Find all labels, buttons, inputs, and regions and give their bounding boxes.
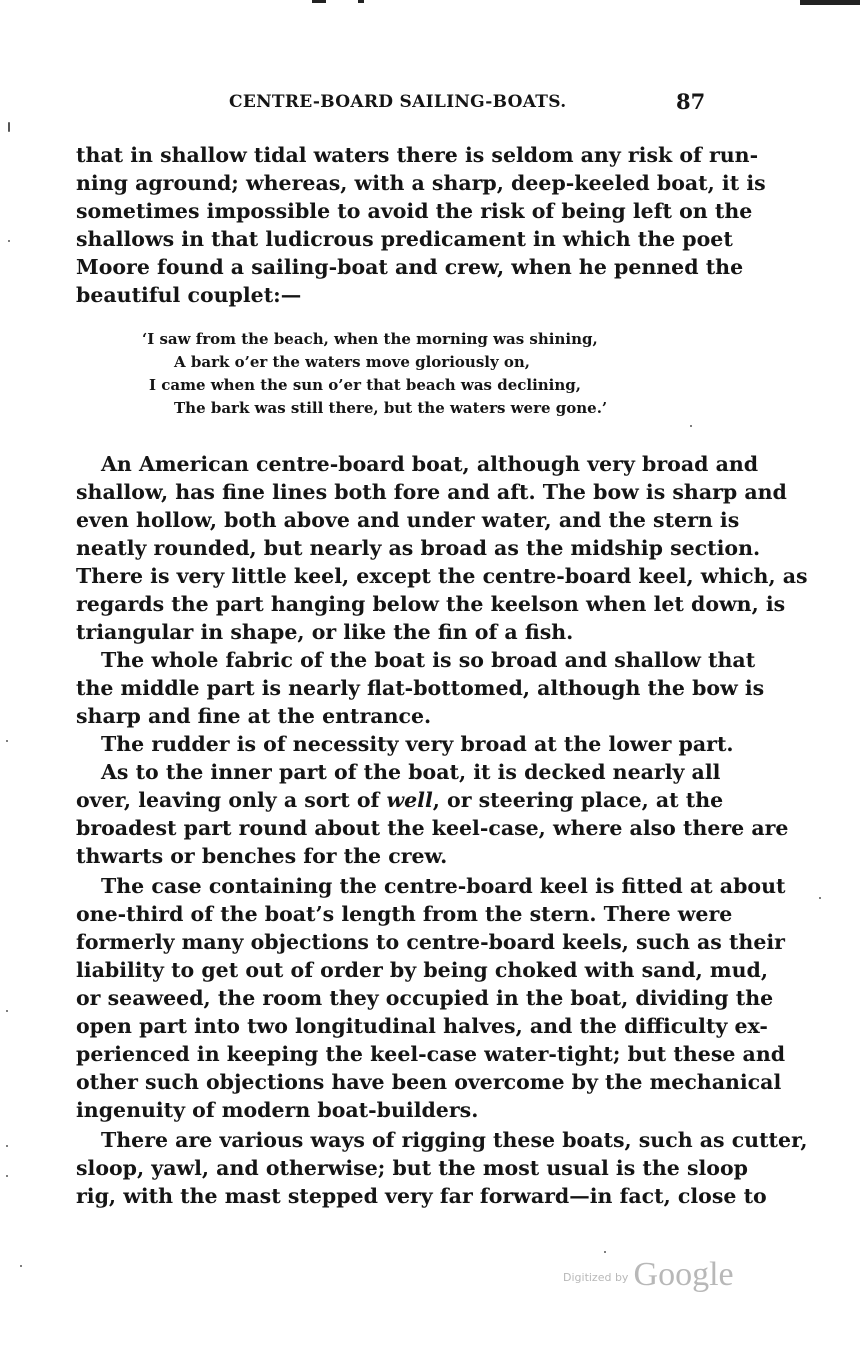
text-line: sharp and fine at the entrance. xyxy=(76,702,703,730)
text-line: sometimes impossible to avoid the risk o… xyxy=(76,197,703,225)
scan-speck xyxy=(690,425,692,427)
text-line: thwarts or benches for the crew. xyxy=(76,842,703,870)
text-line: ingenuity of modern boat-builders. xyxy=(76,1096,703,1124)
digitized-by-google-watermark: Digitized by Google xyxy=(563,1256,734,1294)
text-line: There are various ways of rigging these … xyxy=(101,1126,703,1154)
text-line: As to the inner part of the boat, it is … xyxy=(101,758,703,786)
scan-speck xyxy=(6,1145,8,1147)
verse-line: A bark o’er the waters move gloriously o… xyxy=(174,351,530,374)
text-line: that in shallow tidal waters there is se… xyxy=(76,141,703,169)
verse-line: ‘I saw from the beach, when the morning … xyxy=(142,328,598,351)
text-line: neatly rounded, but nearly as broad as t… xyxy=(76,534,703,562)
text-line: formerly many objections to centre-board… xyxy=(76,928,703,956)
text-line: The rudder is of necessity very broad at… xyxy=(101,730,703,758)
scan-speck xyxy=(6,1175,8,1177)
scan-speck xyxy=(604,1251,606,1253)
text-line: open part into two longitudinal halves, … xyxy=(76,1012,703,1040)
text-line: the middle part is nearly flat-bottomed,… xyxy=(76,674,703,702)
scan-speck xyxy=(6,740,8,742)
running-title: CENTRE-BOARD SAILING-BOATS. xyxy=(229,92,566,112)
italic-word: well xyxy=(386,788,432,812)
text-segment: over, leaving only a sort of xyxy=(76,788,386,812)
watermark-prefix: Digitized by xyxy=(563,1271,628,1284)
text-segment: , or steering place, at the xyxy=(433,788,723,812)
text-line: An American centre-board boat, although … xyxy=(101,450,703,478)
text-line: rig, with the mast stepped very far forw… xyxy=(76,1182,703,1210)
verse-line: I came when the sun o’er that beach was … xyxy=(149,374,581,397)
scan-artifact xyxy=(312,0,326,3)
text-line: triangular in shape, or like the fin of … xyxy=(76,618,703,646)
text-line: shallows in that ludicrous predicament i… xyxy=(76,225,703,253)
scan-artifact xyxy=(358,0,364,3)
text-line: over, leaving only a sort of well, or st… xyxy=(76,786,703,814)
text-line: There is very little keel, except the ce… xyxy=(76,562,703,590)
google-logo-text: Google xyxy=(634,1256,734,1293)
verse-line: The bark was still there, but the waters… xyxy=(174,397,607,420)
page-number: 87 xyxy=(676,89,705,114)
scan-speck xyxy=(8,122,10,132)
scan-speck xyxy=(819,897,821,899)
text-line: even hollow, both above and under water,… xyxy=(76,506,703,534)
scan-speck xyxy=(8,240,10,242)
running-head: CENTRE-BOARD SAILING-BOATS. 87 xyxy=(0,92,860,118)
text-line: ning aground; whereas, with a sharp, dee… xyxy=(76,169,703,197)
text-line: The whole fabric of the boat is so broad… xyxy=(101,646,703,674)
text-line: perienced in keeping the keel-case water… xyxy=(76,1040,703,1068)
text-line: sloop, yawl, and otherwise; but the most… xyxy=(76,1154,703,1182)
text-line: beautiful couplet:— xyxy=(76,281,703,309)
text-line: Moore found a sailing-boat and crew, whe… xyxy=(76,253,703,281)
text-line: liability to get out of order by being c… xyxy=(76,956,703,984)
scan-speck xyxy=(20,1265,22,1267)
text-line: regards the part hanging below the keels… xyxy=(76,590,703,618)
text-line: shallow, has fine lines both fore and af… xyxy=(76,478,703,506)
scan-artifact xyxy=(800,0,860,5)
text-line: other such objections have been overcome… xyxy=(76,1068,703,1096)
text-line: broadest part round about the keel-case,… xyxy=(76,814,703,842)
text-line: or seaweed, the room they occupied in th… xyxy=(76,984,703,1012)
book-page: CENTRE-BOARD SAILING-BOATS. 87 that in s… xyxy=(0,0,860,1353)
scan-speck xyxy=(6,1010,8,1012)
text-line: one-third of the boat’s length from the … xyxy=(76,900,703,928)
text-line: The case containing the centre-board kee… xyxy=(101,872,703,900)
